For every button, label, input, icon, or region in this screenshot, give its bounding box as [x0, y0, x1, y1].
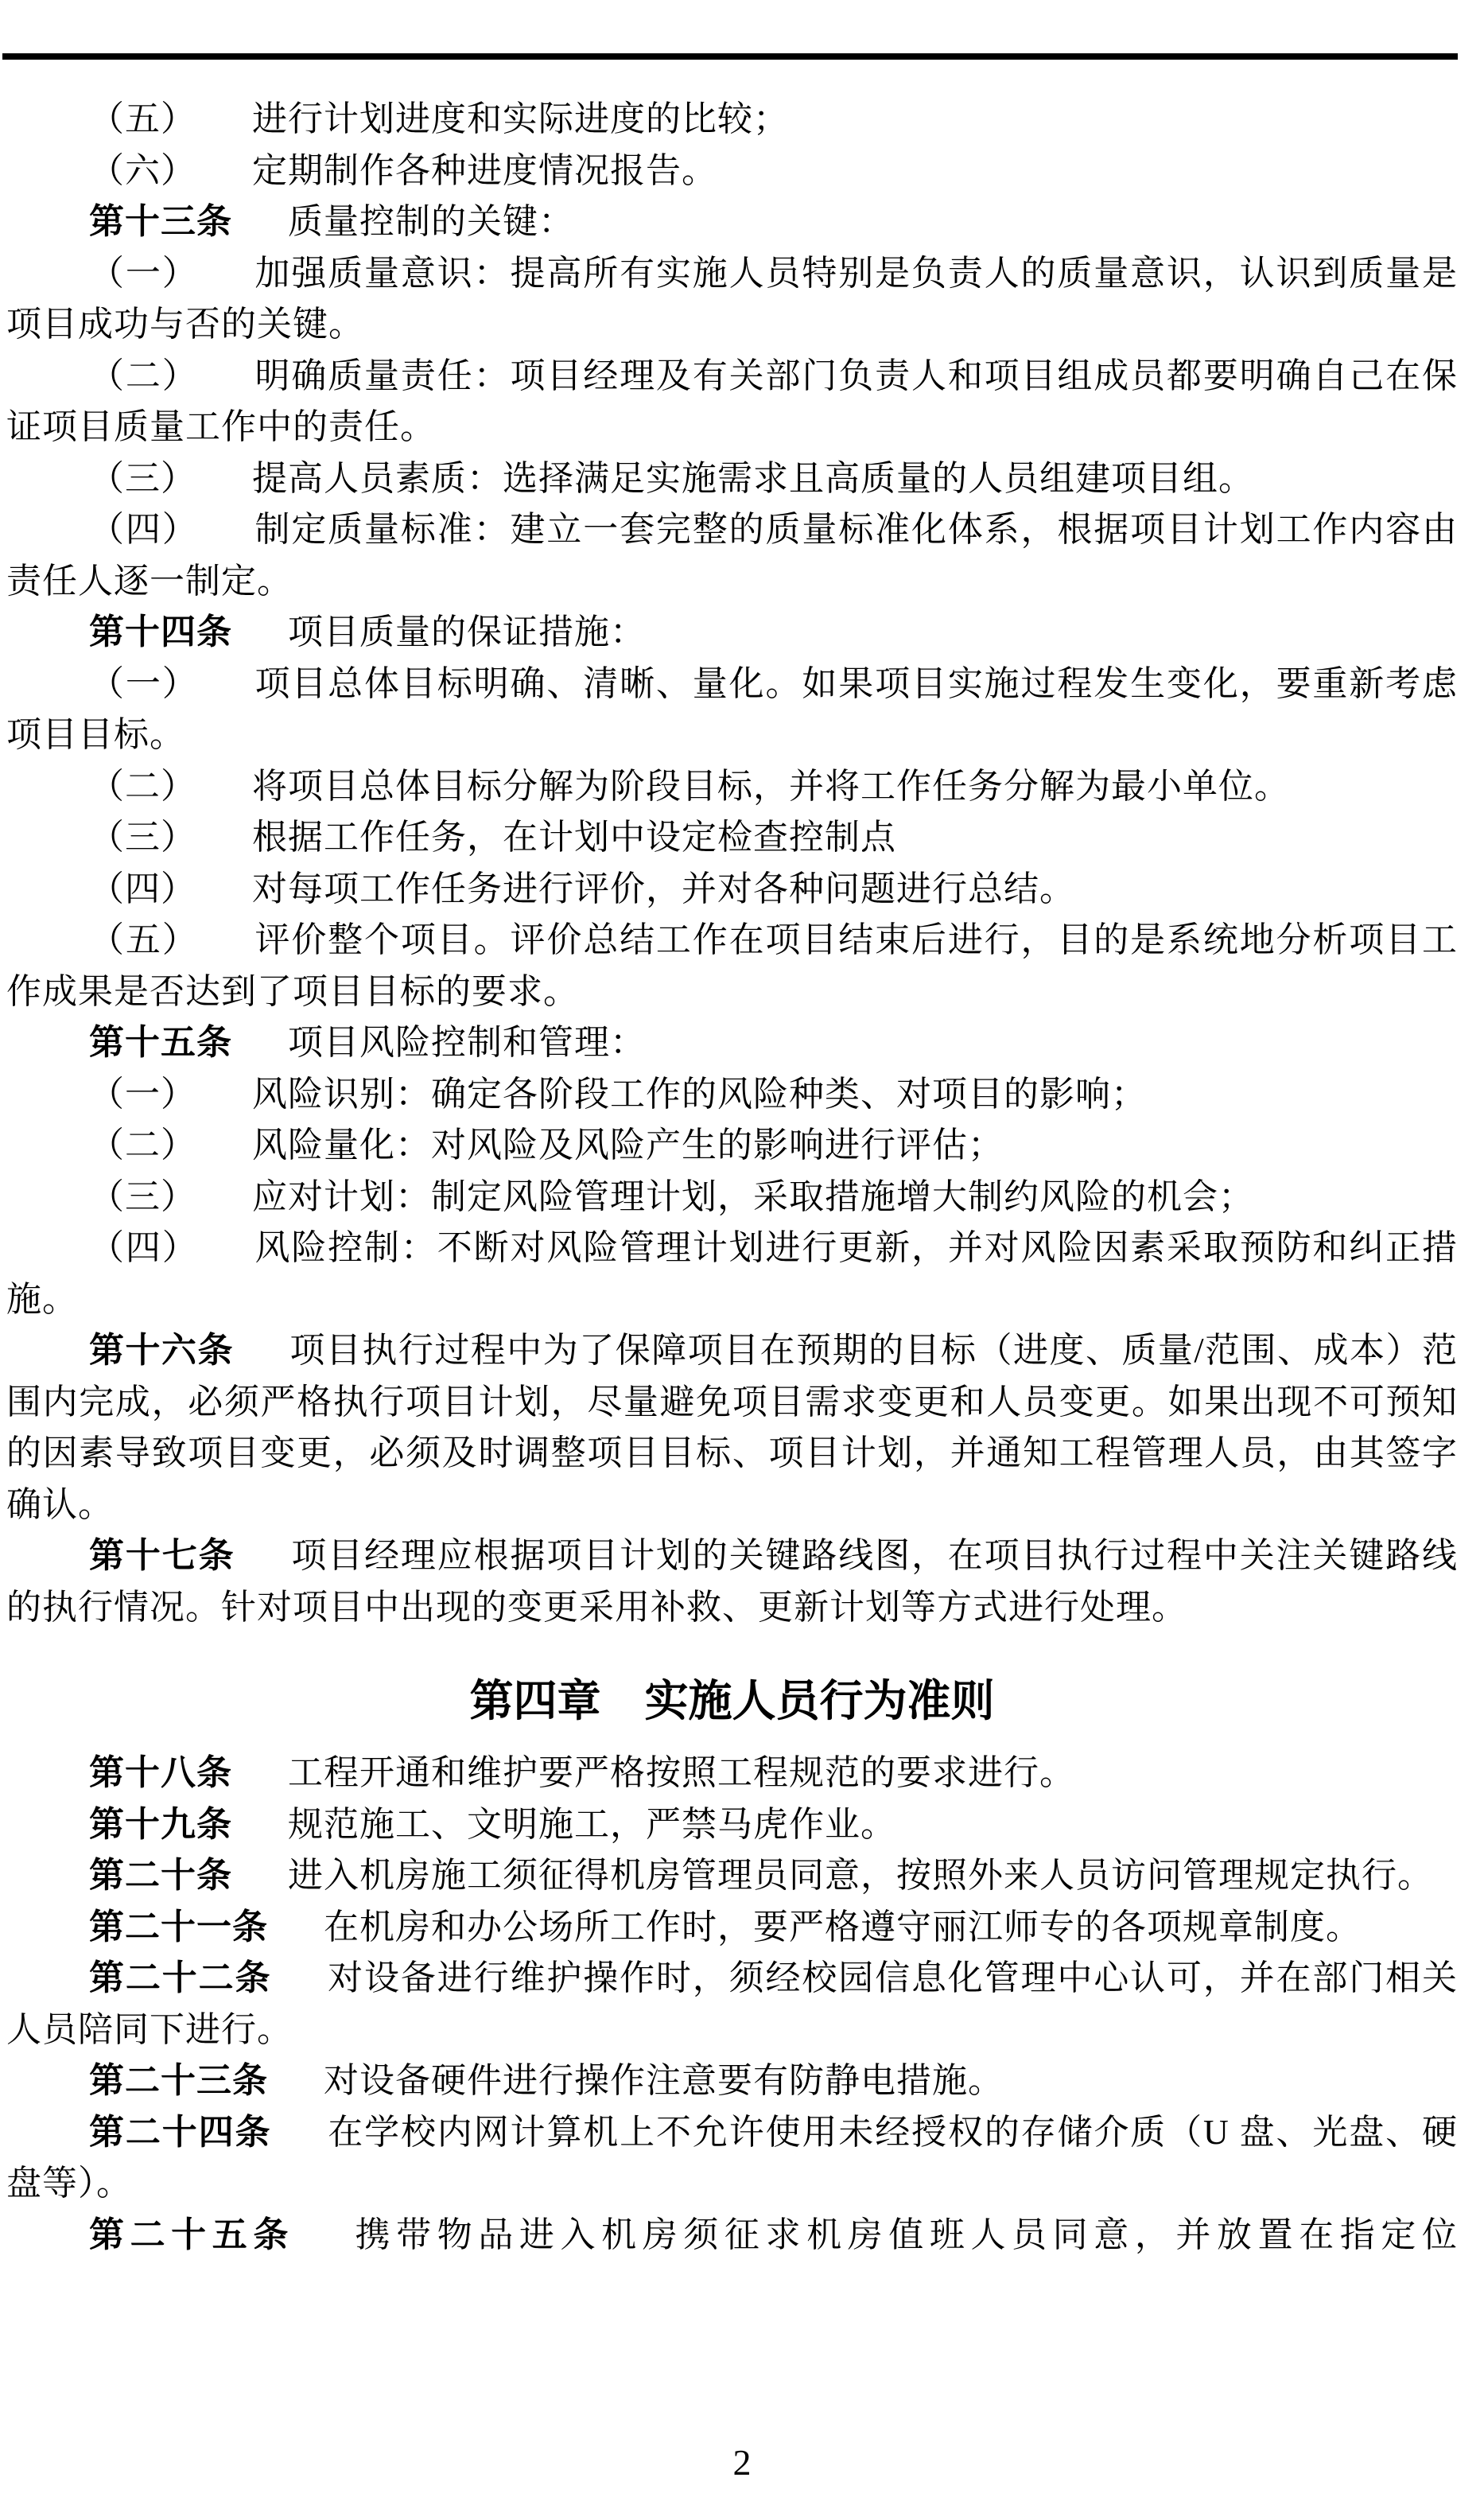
paragraph-text: 根据工作任务，在计划中设定检查控制点: [252, 818, 896, 857]
item-number: （二）: [89, 1126, 196, 1165]
paragraph-text: 质量控制的关键：: [288, 202, 574, 241]
article-number: 第二十二条: [89, 1958, 271, 1997]
item-number: （三）: [89, 459, 196, 498]
paragraph-text: 对每项工作任务进行评价，并对各种问题进行总结。: [252, 869, 1075, 908]
item-number: （四）: [89, 1228, 199, 1267]
item-number: （四）: [89, 869, 196, 908]
article-number: 第十六条: [89, 1331, 234, 1370]
list-item-paragraph: （二）明确质量责任：项目经理及有关部门负责人和项目组成员都要明确自己在保证项目质…: [6, 351, 1458, 453]
paragraph-text: 加强质量意识：提高所有实施人员特别是负责人的质量意识，认识到质量是项目成功与否的…: [6, 254, 1458, 344]
paragraph-text: 风险控制：不断对风险管理计划进行更新，并对风险因素采取预防和纠正措施。: [6, 1228, 1458, 1319]
paragraph-text: 进行计划进度和实际进度的比较；: [252, 99, 789, 138]
item-number: （五）: [89, 99, 196, 138]
list-item-paragraph: （三）应对计划：制定风险管理计划，采取措施增大制约风险的机会；: [6, 1172, 1458, 1223]
paragraph-text: 风险识别：确定各阶段工作的风险种类、对项目的影响；: [252, 1075, 1147, 1114]
chapter-title: 实施人员行为准则: [645, 1676, 995, 1725]
article-paragraph: 第十八条工程开通和维护要严格按照工程规范的要求进行。: [6, 1748, 1458, 1799]
list-item-paragraph: （二）风险量化：对风险及风险产生的影响进行评估；: [6, 1120, 1458, 1172]
list-item-paragraph: （四）对每项工作任务进行评价，并对各种问题进行总结。: [6, 864, 1458, 916]
article-paragraph: 第十七条项目经理应根据项目计划的关键路线图，在项目执行过程中关注关键路线的执行情…: [6, 1530, 1458, 1633]
article-paragraph: 第十三条质量控制的关键：: [6, 196, 1458, 248]
item-number: （五）: [89, 920, 199, 959]
item-number: （四）: [89, 510, 199, 549]
list-item-paragraph: （一）风险识别：确定各阶段工作的风险种类、对项目的影响；: [6, 1069, 1458, 1121]
paragraph-text: 定期制作各种进度情况报告。: [252, 151, 717, 190]
article-paragraph: 第二十五条携带物品进入机房须征求机房值班人员同意，并放置在指定位: [6, 2210, 1458, 2262]
list-item-paragraph: （五）评价整个项目。评价总结工作在项目结束后进行，目的是系统地分析项目工作成果是…: [6, 915, 1458, 1017]
article-paragraph: 第二十二条对设备进行维护操作时，须经校园信息化管理中心认可，并在部门相关人员陪同…: [6, 1953, 1458, 2055]
list-item-paragraph: （六）定期制作各种进度情况报告。: [6, 146, 1458, 197]
paragraph-text: 制定质量标准：建立一套完整的质量标准化体系，根据项目计划工作内容由责任人逐一制定…: [6, 510, 1458, 601]
article-number: 第二十五条: [89, 2215, 294, 2254]
article-paragraph: 第十九条规范施工、文明施工，严禁马虎作业。: [6, 1799, 1458, 1851]
list-item-paragraph: （四）制定质量标准：建立一套完整的质量标准化体系，根据项目计划工作内容由责任人逐…: [6, 504, 1458, 607]
list-item-paragraph: （一）加强质量意识：提高所有实施人员特别是负责人的质量意识，认识到质量是项目成功…: [6, 248, 1458, 351]
item-number: （二）: [89, 356, 199, 395]
article-paragraph: 第十五条项目风险控制和管理：: [6, 1017, 1458, 1069]
paragraph-text: 对设备硬件进行操作注意要有防静电措施。: [324, 2061, 1004, 2100]
item-number: （六）: [89, 151, 196, 190]
list-item-paragraph: （四）风险控制：不断对风险管理计划进行更新，并对风险因素采取预防和纠正措施。: [6, 1223, 1458, 1325]
article-number: 第十五条: [89, 1023, 232, 1062]
list-item-paragraph: （三）根据工作任务，在计划中设定检查控制点: [6, 812, 1458, 864]
item-number: （三）: [89, 818, 196, 857]
paragraph-text: 项目风险控制和管理：: [288, 1023, 646, 1062]
document-page: （五）进行计划进度和实际进度的比较； （六）定期制作各种进度情况报告。 第十三条…: [0, 0, 1484, 2493]
article-number: 第二十条: [89, 1856, 232, 1895]
item-number: （一）: [89, 254, 199, 293]
paragraph-text: 应对计划：制定风险管理计划，采取措施增大制约风险的机会；: [252, 1177, 1254, 1216]
header-rule: [2, 53, 1458, 60]
item-number: （一）: [89, 664, 199, 703]
list-item-paragraph: （五）进行计划进度和实际进度的比较；: [6, 94, 1458, 146]
paragraph-text: 在机房和办公场所工作时，要严格遵守丽江师专的各项规章制度。: [324, 1908, 1362, 1947]
article-number: 第十七条: [89, 1536, 235, 1575]
paragraph-text: 工程开通和维护要严格按照工程规范的要求进行。: [288, 1753, 1075, 1792]
list-item-paragraph: （二）将项目总体目标分解为阶段目标，并将工作任务分解为最小单位。: [6, 761, 1458, 813]
paragraph-text: 将项目总体目标分解为阶段目标，并将工作任务分解为最小单位。: [252, 767, 1290, 806]
article-number: 第十三条: [89, 202, 232, 241]
paragraph-text: 评价整个项目。评价总结工作在项目结束后进行，目的是系统地分析项目工作成果是否达到…: [6, 920, 1458, 1011]
paragraph-text: 进入机房施工须征得机房管理员同意，按照外来人员访问管理规定执行。: [288, 1856, 1433, 1895]
paragraph-text: 提高人员素质：选择满足实施需求且高质量的人员组建项目组。: [252, 459, 1254, 498]
article-paragraph: 第十四条项目质量的保证措施：: [6, 607, 1458, 659]
article-number: 第二十四条: [89, 2113, 271, 2152]
page-content: （五）进行计划进度和实际进度的比较； （六）定期制作各种进度情况报告。 第十三条…: [6, 94, 1458, 2261]
article-number: 第十四条: [89, 613, 232, 651]
paragraph-text: 项目质量的保证措施：: [288, 613, 646, 651]
page-number: 2: [0, 2440, 1484, 2485]
item-number: （二）: [89, 767, 196, 806]
article-number: 第十九条: [89, 1805, 232, 1844]
item-number: （三）: [89, 1177, 196, 1216]
chapter-heading: 第四章实施人员行为准则: [6, 1673, 1458, 1729]
list-item-paragraph: （一）项目总体目标明确、清晰、量化。如果项目实施过程发生变化，要重新考虑项目目标…: [6, 659, 1458, 761]
article-number: 第二十一条: [89, 1908, 268, 1947]
article-number: 第二十三条: [89, 2061, 268, 2100]
article-paragraph: 第二十三条对设备硬件进行操作注意要有防静电措施。: [6, 2055, 1458, 2107]
article-paragraph: 第二十一条在机房和办公场所工作时，要严格遵守丽江师专的各项规章制度。: [6, 1902, 1458, 1954]
article-number: 第十八条: [89, 1753, 232, 1792]
paragraph-text: 风险量化：对风险及风险产生的影响进行评估；: [252, 1126, 1004, 1165]
item-number: （一）: [89, 1075, 196, 1114]
article-paragraph: 第二十四条在学校内网计算机上不允许使用未经授权的存储介质（U 盘、光盘、硬盘等）…: [6, 2107, 1458, 2210]
paragraph-text: 规范施工、文明施工，严禁马虎作业。: [288, 1805, 896, 1844]
article-paragraph: 第二十条进入机房施工须征得机房管理员同意，按照外来人员访问管理规定执行。: [6, 1850, 1458, 1902]
paragraph-text: 携带物品进入机房须征求机房值班人员同意，并放置在指定位: [350, 2215, 1458, 2254]
paragraph-text: 明确质量责任：项目经理及有关部门负责人和项目组成员都要明确自己在保证项目质量工作…: [6, 356, 1458, 447]
chapter-number: 第四章: [469, 1676, 600, 1725]
list-item-paragraph: （三）提高人员素质：选择满足实施需求且高质量的人员组建项目组。: [6, 453, 1458, 505]
article-paragraph: 第十六条项目执行过程中为了保障项目在预期的目标（进度、质量/范围、成本）范围内完…: [6, 1325, 1458, 1530]
paragraph-text: 项目总体目标明确、清晰、量化。如果项目实施过程发生变化，要重新考虑项目目标。: [6, 664, 1458, 755]
